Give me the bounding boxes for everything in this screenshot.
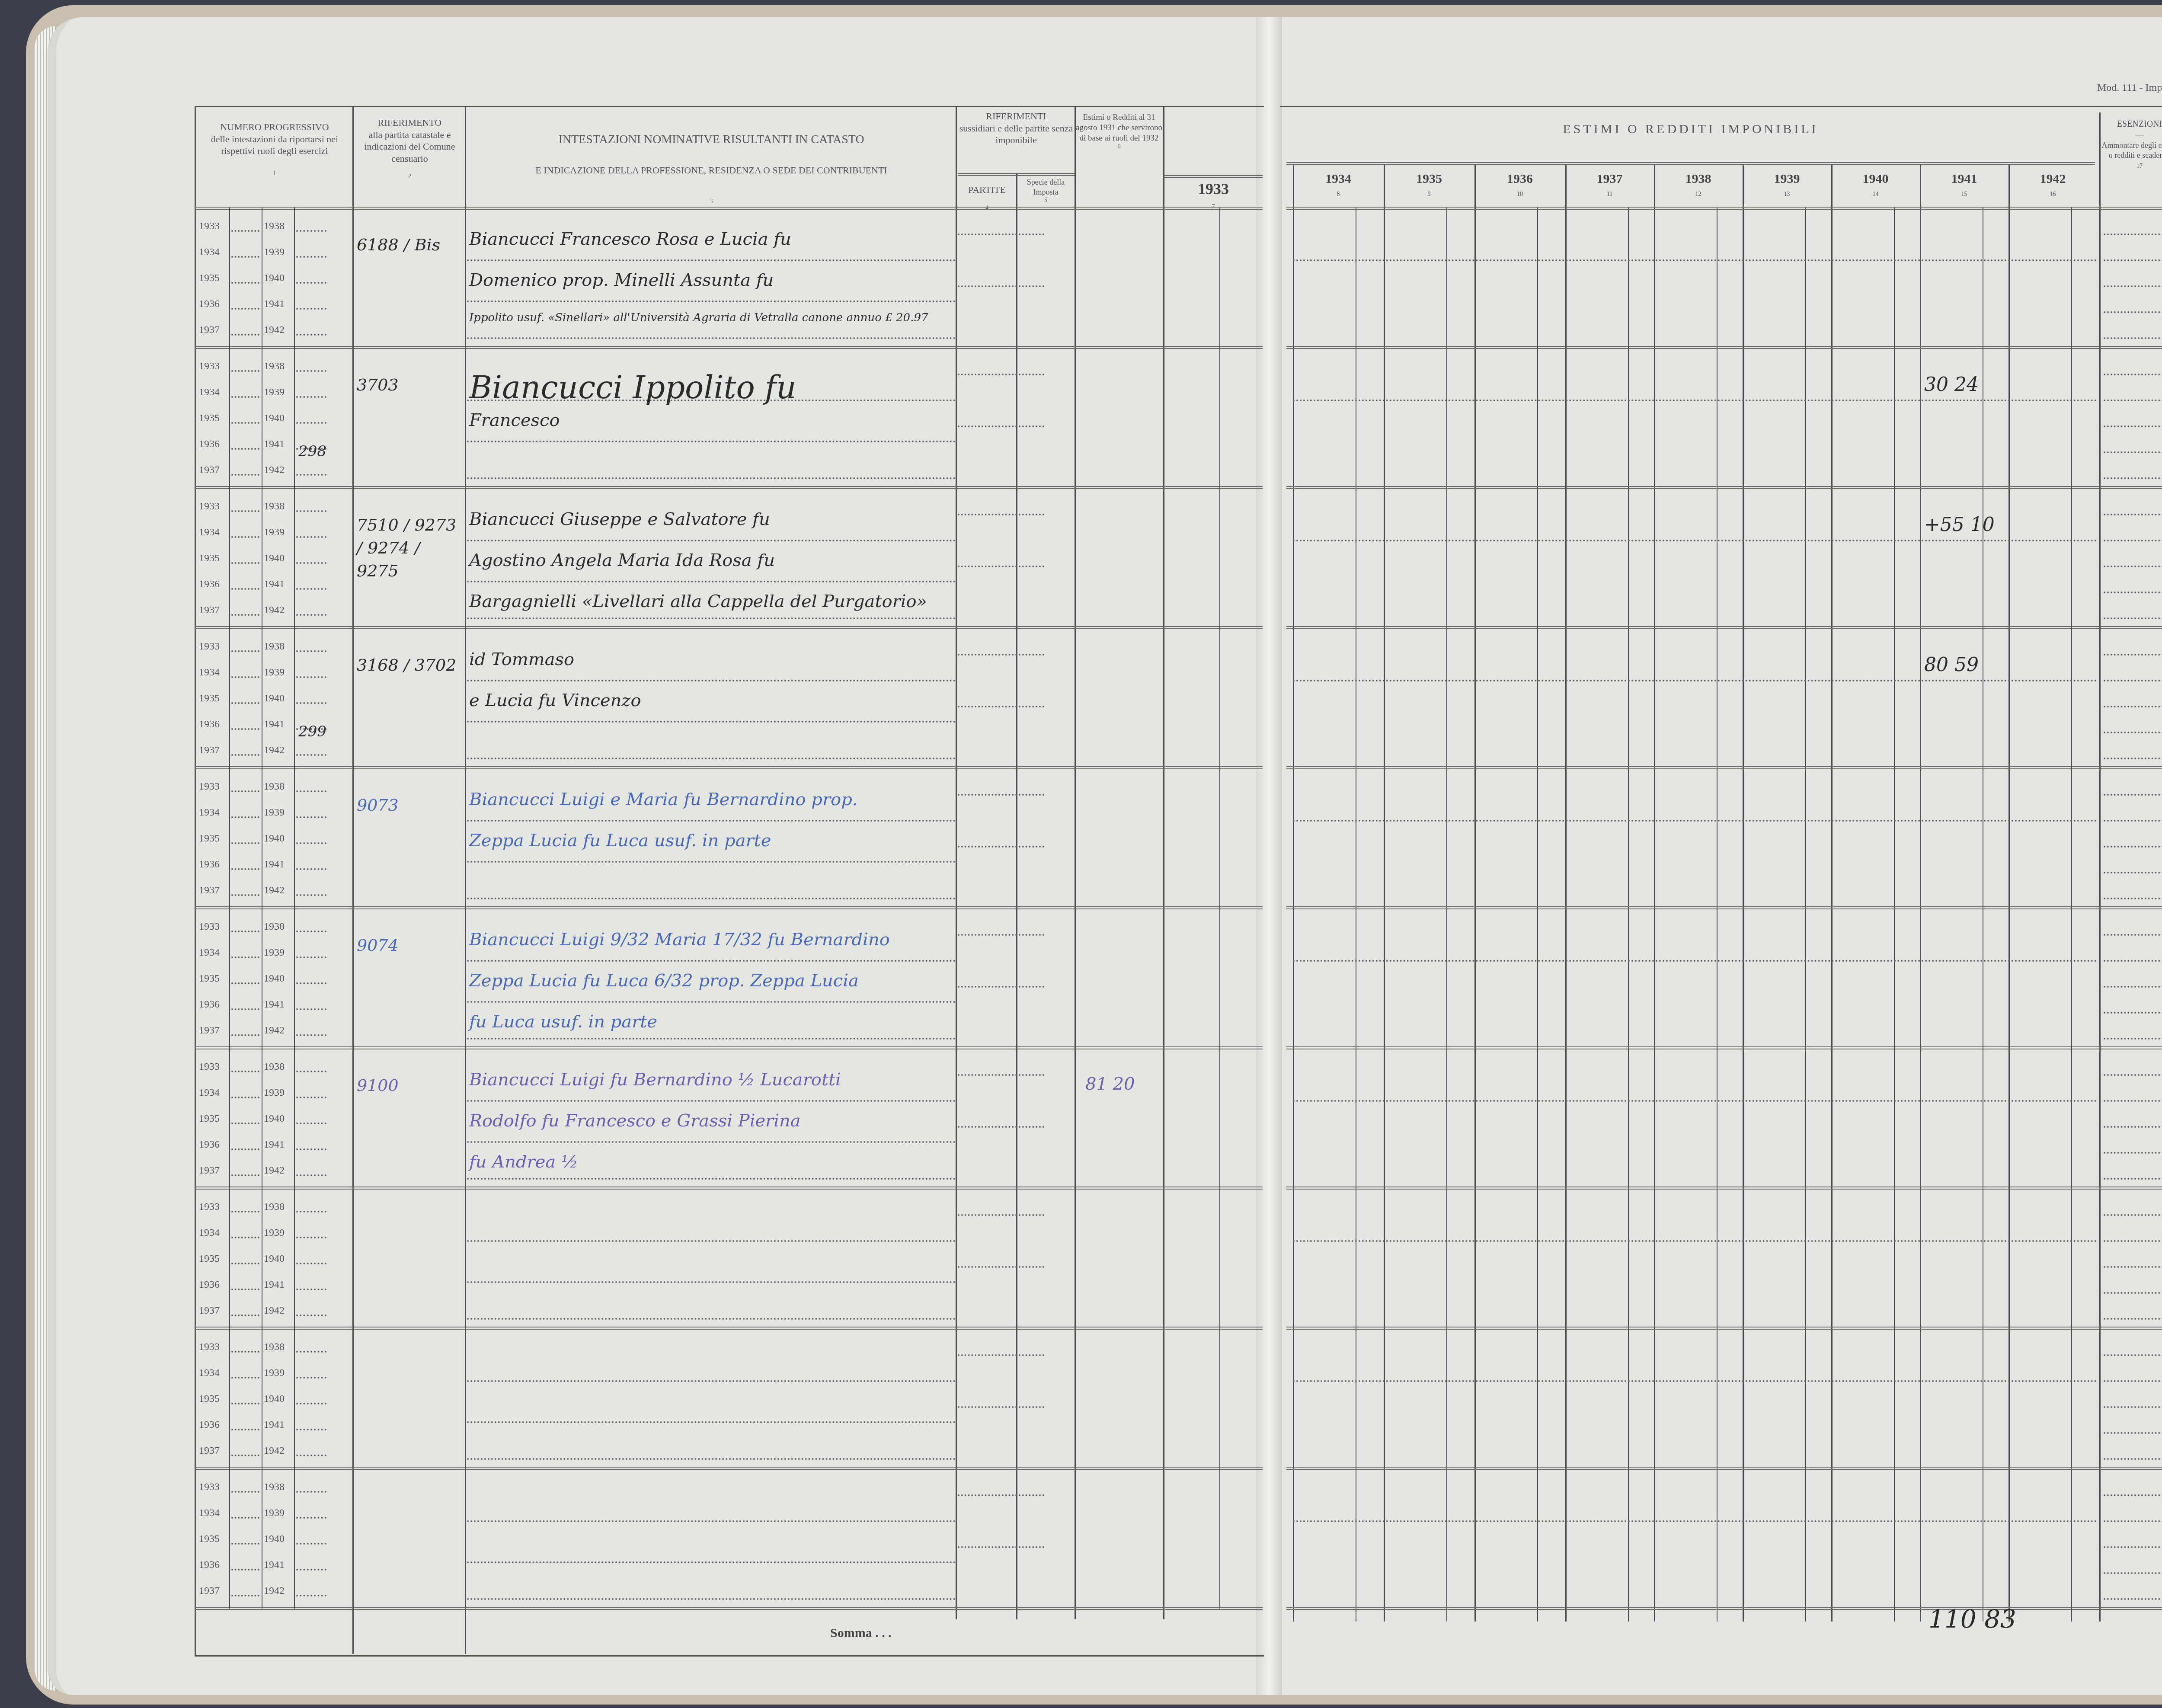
- year-header-1937: 193711: [1565, 171, 1654, 198]
- year-label: 1934: [199, 1227, 220, 1239]
- year-label: 1942: [264, 745, 285, 756]
- register-entry-values: 80 59348: [1280, 628, 2162, 768]
- value-1932: 81 20: [1085, 1074, 1135, 1094]
- year-label: 1933: [199, 1201, 220, 1213]
- year-label: 1937: [199, 324, 220, 336]
- year-label: 1933: [199, 501, 220, 512]
- partita-number: 9100: [357, 1074, 461, 1097]
- year-label: 1935: [199, 973, 220, 985]
- year-label: 1937: [199, 1445, 220, 1457]
- header-col3: INTESTAZIONI NOMINATIVE RISULTANTI IN CA…: [467, 132, 956, 205]
- value-1941: 30 24: [1924, 374, 1979, 396]
- year-label: 1937: [199, 885, 220, 896]
- register-entry: 1933193819341939193519401936194119371942…: [195, 628, 1263, 768]
- year-header-1941: 194115: [1920, 171, 2008, 198]
- progressivo-number: 298: [298, 443, 326, 460]
- year-header-1939: 193913: [1743, 171, 1831, 198]
- intestazione-line: Ippolito usuf. «Sinellari» all'Universit…: [469, 311, 928, 324]
- year-label: 1942: [264, 464, 285, 476]
- year-label: 1934: [199, 667, 220, 678]
- progressivo-number: 299: [298, 723, 326, 740]
- partita-number: 9074: [357, 934, 461, 957]
- year-label: 1942: [264, 1165, 285, 1177]
- year-label: 1933: [199, 781, 220, 793]
- year-label: 1942: [264, 605, 285, 616]
- register-entry-values: [1280, 1468, 2162, 1609]
- year-label: 1941: [264, 859, 285, 870]
- year-header-1942: 194216: [2008, 171, 2097, 198]
- partita-number: 6188 / Bis: [357, 233, 461, 256]
- intestazione-line: fu Andrea ½: [469, 1152, 578, 1172]
- register-entry: 1933193819341939193519401936194119371942…: [195, 348, 1263, 488]
- partita-number: 9073: [357, 794, 461, 817]
- estimi-title: ESTIMI O REDDITI IMPONIBILI: [1289, 121, 2093, 138]
- register-entry-values: [1280, 768, 2162, 908]
- intestazione-line: Biancucci Ippolito fu: [469, 369, 796, 406]
- register-entry: 1933193819341939193519401936194119371942…: [195, 768, 1263, 908]
- register-entry: 1933193819341939193519401936194119371942…: [195, 1048, 1263, 1188]
- year-label: 1940: [264, 553, 285, 564]
- year-label: 1935: [199, 1113, 220, 1125]
- year-label: 1940: [264, 973, 285, 985]
- partita-number: 3168 / 3702: [357, 654, 461, 677]
- year-label: 1934: [199, 246, 220, 258]
- register-entry-values: +55 10: [1280, 488, 2162, 628]
- register-entry-values: [1280, 1048, 2162, 1188]
- intestazione-line: Bargagnielli «Livellari alla Cappella de…: [469, 592, 927, 611]
- year-label: 1941: [264, 1139, 285, 1151]
- year-label: 1936: [199, 298, 220, 310]
- year-label: 1940: [264, 833, 285, 844]
- intestazione-line: Biancucci Luigi e Maria fu Bernardino pr…: [469, 790, 857, 809]
- year-header-1936: 193610: [1474, 171, 1565, 198]
- year-label: 1939: [264, 527, 285, 538]
- year-label: 1940: [264, 693, 285, 704]
- year-label: 1934: [199, 807, 220, 819]
- year-label: 1942: [264, 1025, 285, 1036]
- year-label: 1937: [199, 464, 220, 476]
- header-esenzioni: ESENZIONI — Ammontare degli estimi o red…: [2101, 119, 2162, 170]
- year-label: 1933: [199, 921, 220, 933]
- value-1941: 80 59: [1924, 654, 1979, 676]
- year-label: 1933: [199, 221, 220, 232]
- intestazione-line: Biancucci Luigi fu Bernardino ½ Lucarott…: [469, 1070, 841, 1090]
- year-label: 1941: [264, 1279, 285, 1291]
- year-label: 1940: [264, 413, 285, 424]
- year-header-1934: 19348: [1293, 171, 1384, 198]
- form-model-label: Mod. 111 - Imposte Dirette (Intercalare)…: [2097, 82, 2162, 94]
- year-label: 1935: [199, 833, 220, 844]
- year-label: 1936: [199, 1139, 220, 1151]
- year-label: 1941: [264, 719, 285, 730]
- somma-label: Somma . . .: [830, 1626, 892, 1641]
- register-entry-values: [1280, 1328, 2162, 1468]
- year-label: 1939: [264, 1227, 285, 1239]
- year-label: 1939: [264, 807, 285, 819]
- year-label: 1935: [199, 553, 220, 564]
- intestazione-line: Zeppa Lucia fu Luca 6/32 prop. Zeppa Luc…: [469, 971, 859, 991]
- register-entry-values: [1280, 908, 2162, 1048]
- intestazione-line: Biancucci Giuseppe e Salvatore fu: [469, 509, 770, 529]
- year-header-1938: 193812: [1654, 171, 1743, 198]
- year-label: 1939: [264, 947, 285, 959]
- somma-1941-value: 110 83: [1929, 1604, 2016, 1634]
- register-entry: 1933193819341939193519401936194119371942: [195, 1468, 1263, 1609]
- year-header-1935: 19359: [1384, 171, 1474, 198]
- year-label: 1940: [264, 1253, 285, 1265]
- year-label: 1934: [199, 1367, 220, 1379]
- year-label: 1937: [199, 1585, 220, 1597]
- year-label: 1937: [199, 1305, 220, 1317]
- intestazione-line: e Lucia fu Vincenzo: [469, 691, 641, 710]
- year-label: 1942: [264, 885, 285, 896]
- partita-number: 3703: [357, 374, 461, 397]
- year-label: 1934: [199, 1087, 220, 1099]
- year-label: 1938: [264, 921, 285, 933]
- header-col5: Specie della Imposta 5: [1017, 177, 1075, 205]
- year-header-1940: 194014: [1831, 171, 1920, 198]
- header-riferimenti: RIFERIMENTI sussidiari e delle partite s…: [958, 110, 1075, 146]
- year-label: 1939: [264, 1087, 285, 1099]
- intestazione-line: id Tommaso: [469, 649, 574, 669]
- year-label: 1936: [199, 579, 220, 590]
- intestazione-line: Zeppa Lucia fu Luca usuf. in parte: [469, 831, 771, 851]
- year-label: 1938: [264, 501, 285, 512]
- year-label: 1942: [264, 1445, 285, 1457]
- year-label: 1939: [264, 246, 285, 258]
- value-1941: +55 10: [1924, 514, 1995, 536]
- year-label: 1933: [199, 361, 220, 372]
- year-label: 1939: [264, 387, 285, 398]
- year-label: 1938: [264, 221, 285, 232]
- intestazione-line: fu Luca usuf. in parte: [469, 1012, 657, 1032]
- year-label: 1936: [199, 1279, 220, 1291]
- year-label: 1938: [264, 1341, 285, 1353]
- year-label: 1940: [264, 1533, 285, 1545]
- year-label: 1936: [199, 1419, 220, 1431]
- register-entry-values: [1280, 1188, 2162, 1328]
- intestazione-line: Agostino Angela Maria Ida Rosa fu: [469, 550, 775, 570]
- year-label: 1935: [199, 272, 220, 284]
- year-label: 1938: [264, 361, 285, 372]
- year-label: 1936: [199, 1559, 220, 1571]
- intestazione-line: Francesco: [469, 410, 560, 430]
- year-label: 1942: [264, 324, 285, 336]
- year-label: 1937: [199, 605, 220, 616]
- year-label: 1936: [199, 999, 220, 1011]
- year-label: 1936: [199, 859, 220, 870]
- year-label: 1934: [199, 1507, 220, 1519]
- register-entry: 1933193819341939193519401936194119371942: [195, 1328, 1263, 1468]
- year-label: 1941: [264, 579, 285, 590]
- year-label: 1939: [264, 1367, 285, 1379]
- year-label: 1934: [199, 387, 220, 398]
- header-col2: RIFERIMENTO alla partita catastale e ind…: [355, 117, 465, 181]
- intestazione-line: Rodolfo fu Francesco e Grassi Pierina: [469, 1111, 801, 1131]
- year-label: 1935: [199, 1393, 220, 1405]
- year-label: 1933: [199, 641, 220, 652]
- year-label: 1942: [264, 1585, 285, 1597]
- year-label: 1938: [264, 1201, 285, 1213]
- year-label: 1935: [199, 1533, 220, 1545]
- year-label: 1934: [199, 947, 220, 959]
- year-label: 1933: [199, 1481, 220, 1493]
- register-entry: 1933193819341939193519401936194119371942…: [195, 908, 1263, 1048]
- register-entry: 1933193819341939193519401936194119371942…: [195, 488, 1263, 628]
- year-label: 1934: [199, 527, 220, 538]
- header-col6: Estimi o Redditi al 31 agosto 1931 che s…: [1076, 112, 1162, 151]
- year-label: 1933: [199, 1341, 220, 1353]
- year-label: 1938: [264, 781, 285, 793]
- partita-number: 7510 / 9273 / 9274 / 9275: [357, 514, 461, 583]
- year-label: 1933: [199, 1061, 220, 1073]
- year-label: 1937: [199, 745, 220, 756]
- year-label: 1941: [264, 1559, 285, 1571]
- header-col1: NUMERO PROGRESSIVO delle intestazioni da…: [197, 121, 352, 177]
- year-label: 1936: [199, 719, 220, 730]
- year-label: 1942: [264, 1305, 285, 1317]
- register-entry: 1933193819341939193519401936194119371942…: [195, 208, 1263, 348]
- intestazione-line: Biancucci Luigi 9/32 Maria 17/32 fu Bern…: [469, 930, 890, 950]
- year-label: 1939: [264, 1507, 285, 1519]
- header-col7: 1933 7: [1164, 173, 1263, 211]
- year-label: 1940: [264, 1113, 285, 1125]
- year-label: 1941: [264, 298, 285, 310]
- year-label: 1935: [199, 693, 220, 704]
- year-label: 1938: [264, 1481, 285, 1493]
- intestazione-line: Domenico prop. Minelli Assunta fu: [469, 270, 774, 290]
- year-label: 1940: [264, 1393, 285, 1405]
- year-label: 1941: [264, 1419, 285, 1431]
- year-label: 1939: [264, 667, 285, 678]
- year-label: 1935: [199, 413, 220, 424]
- register-entry-values: 30 24347: [1280, 348, 2162, 488]
- year-label: 1935: [199, 1253, 220, 1265]
- intestazione-line: Biancucci Francesco Rosa e Lucia fu: [469, 229, 791, 249]
- year-label: 1941: [264, 438, 285, 450]
- year-label: 1938: [264, 1061, 285, 1073]
- register-entry-values: [1280, 208, 2162, 348]
- year-label: 1938: [264, 641, 285, 652]
- year-label: 1936: [199, 438, 220, 450]
- register-entry: 1933193819341939193519401936194119371942: [195, 1188, 1263, 1328]
- year-label: 1937: [199, 1025, 220, 1036]
- year-label: 1937: [199, 1165, 220, 1177]
- year-label: 1941: [264, 999, 285, 1011]
- year-label: 1940: [264, 272, 285, 284]
